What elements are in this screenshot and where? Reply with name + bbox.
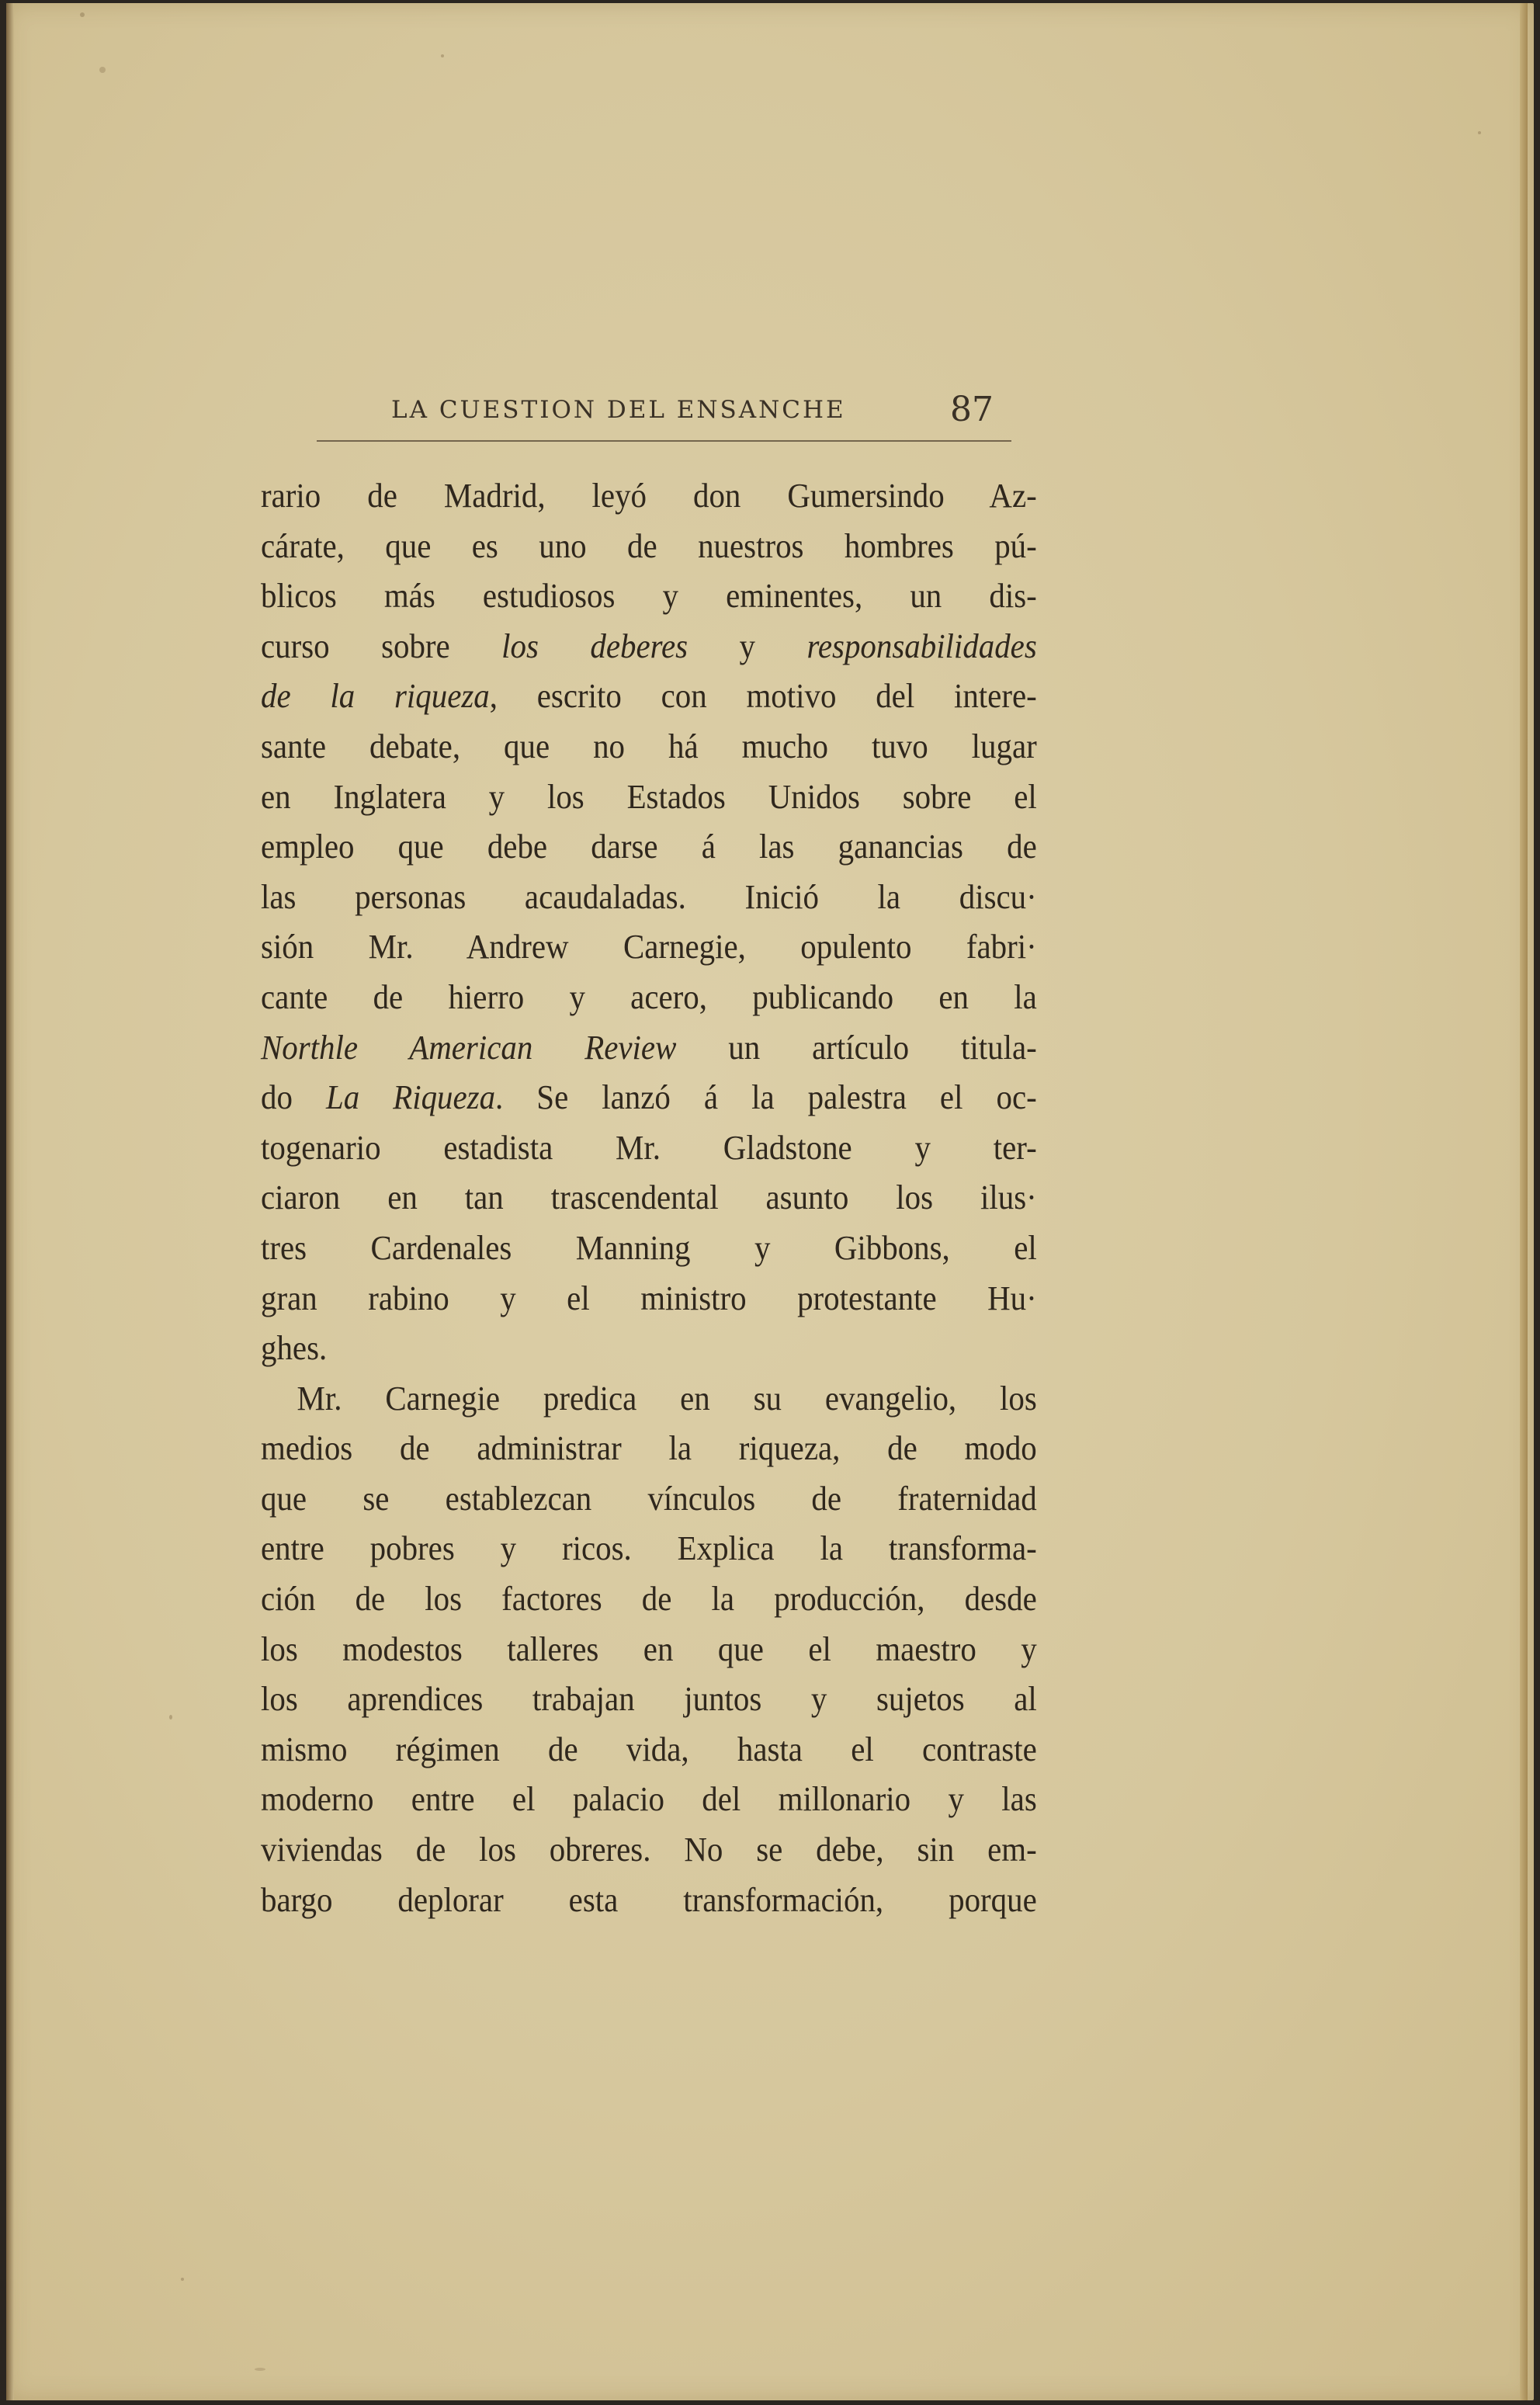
paper-speck (441, 54, 444, 57)
text-segment: gran rabino y el ministro protestante Hu… (261, 1279, 1037, 1317)
text-segment: ghes. (261, 1329, 327, 1367)
text-line: ciaron en tan trascendental asunto los i… (261, 1173, 1037, 1223)
body-text: rario de Madrid, leyó don Gumersindo Az-… (261, 471, 1037, 1925)
text-segment: sión Mr. Andrew Carnegie, opulento fabri… (261, 928, 1037, 966)
text-segment: ción de los factores de la producción, d… (261, 1580, 1037, 1618)
italic-title-text: los deberes (501, 627, 688, 665)
paper-speck (169, 1715, 172, 1720)
running-header: LA CUESTION DEL ENSANCHE 87 (391, 390, 1004, 429)
text-segment: bargo deplorar esta transformación, porq… (261, 1881, 1037, 1919)
text-segment: que se establezcan vínculos de fraternid… (261, 1480, 1037, 1518)
text-segment: las personas acaudaladas. Inició la disc… (261, 878, 1037, 916)
paper-speck (181, 2278, 184, 2281)
text-segment: curso sobre (261, 627, 501, 665)
text-line: togenario estadista Mr. Gladstone y ter- (261, 1123, 1037, 1174)
text-segment: tres Cardenales Manning y Gibbons, el (261, 1229, 1037, 1267)
page-left-edge (6, 3, 14, 2400)
text-line: medios de administrar la riqueza, de mod… (261, 1424, 1037, 1474)
text-line: sante debate, que no há mucho tuvo lugar (261, 722, 1037, 772)
text-segment: moderno entre el palacio del millonario … (261, 1780, 1037, 1818)
text-line: bargo deplorar esta transformación, porq… (261, 1876, 1037, 1926)
text-line: de la riqueza, escrito con motivo del in… (261, 672, 1037, 722)
text-line: tres Cardenales Manning y Gibbons, el (261, 1223, 1037, 1274)
text-segment: los modestos talleres en que el maestro … (261, 1630, 1037, 1668)
italic-title-text: La Riqueza (326, 1078, 495, 1116)
text-line: empleo que debe darse á las ganancias de (261, 822, 1037, 873)
text-segment: medios de administrar la riqueza, de mod… (261, 1429, 1037, 1467)
text-line: ghes. (261, 1324, 1037, 1374)
text-line: viviendas de los obreres. No se debe, si… (261, 1825, 1037, 1876)
text-line: las personas acaudaladas. Inició la disc… (261, 873, 1037, 923)
page-number: 87 (950, 390, 994, 429)
text-line: los modestos talleres en que el maestro … (261, 1625, 1037, 1675)
text-segment: blicos más estudiosos y eminentes, un di… (261, 577, 1037, 615)
text-segment: rario de Madrid, leyó don Gumersindo Az- (261, 477, 1037, 515)
text-line: gran rabino y el ministro protestante Hu… (261, 1274, 1037, 1324)
text-segment: . Se lanzó á la palestra el oc- (495, 1078, 1037, 1116)
text-segment: togenario estadista Mr. Gladstone y ter- (261, 1129, 1037, 1167)
paper-speck (255, 2368, 265, 2371)
text-segment: un artículo titula- (676, 1029, 1036, 1067)
text-segment: sante debate, que no há mucho tuvo lugar (261, 727, 1037, 765)
paper-speck (1478, 131, 1481, 134)
text-segment: cárate, que es uno de nuestros hombres p… (261, 527, 1037, 565)
text-line: rario de Madrid, leyó don Gumersindo Az- (261, 471, 1037, 522)
paper-speck (80, 12, 85, 17)
text-line: blicos más estudiosos y eminentes, un di… (261, 571, 1037, 622)
text-segment: viviendas de los obreres. No se debe, si… (261, 1831, 1037, 1869)
text-line: curso sobre los deberes y responsabilida… (261, 622, 1037, 672)
text-line: entre pobres y ricos. Explica la transfo… (261, 1524, 1037, 1574)
text-line: cante de hierro y acero, publicando en l… (261, 973, 1037, 1023)
text-line: Northle American Review un artículo titu… (261, 1023, 1037, 1074)
text-line: Mr. Carnegie predica en su evangelio, lo… (261, 1374, 1037, 1425)
text-segment: los aprendices trabajan juntos y sujetos… (261, 1680, 1037, 1718)
book-page: LA CUESTION DEL ENSANCHE 87 rario de Mad… (6, 3, 1534, 2400)
text-line: ción de los factores de la producción, d… (261, 1574, 1037, 1625)
italic-title-text: responsabilidades (806, 627, 1036, 665)
page-right-edge (1520, 3, 1528, 2400)
text-line: do La Riqueza. Se lanzó á la palestra el… (261, 1073, 1037, 1123)
text-line: sión Mr. Andrew Carnegie, opulento fabri… (261, 922, 1037, 973)
text-segment: cante de hierro y acero, publicando en l… (261, 978, 1037, 1016)
text-segment: do (261, 1078, 326, 1116)
text-line: cárate, que es uno de nuestros hombres p… (261, 522, 1037, 572)
text-line: en Inglatera y los Estados Unidos sobre … (261, 772, 1037, 823)
text-line: mismo régimen de vida, hasta el contrast… (261, 1725, 1037, 1775)
text-segment: ciaron en tan trascendental asunto los i… (261, 1178, 1037, 1216)
running-title: LA CUESTION DEL ENSANCHE (391, 396, 846, 424)
italic-title-text: de la riqueza (261, 677, 490, 715)
header-rule (317, 440, 1011, 442)
text-segment: y (688, 627, 806, 665)
text-segment: entre pobres y ricos. Explica la transfo… (261, 1529, 1037, 1567)
text-line: que se establezcan vínculos de fraternid… (261, 1474, 1037, 1525)
text-segment: Mr. Carnegie predica en su evangelio, lo… (297, 1379, 1037, 1418)
paper-speck (99, 67, 106, 73)
text-line: moderno entre el palacio del millonario … (261, 1775, 1037, 1825)
text-segment: empleo que debe darse á las ganancias de (261, 828, 1037, 866)
text-segment: , escrito con motivo del intere- (490, 677, 1037, 715)
text-segment: mismo régimen de vida, hasta el contrast… (261, 1730, 1037, 1768)
text-line: los aprendices trabajan juntos y sujetos… (261, 1674, 1037, 1725)
text-segment: en Inglatera y los Estados Unidos sobre … (261, 778, 1037, 816)
italic-title-text: Northle American Review (261, 1029, 676, 1067)
